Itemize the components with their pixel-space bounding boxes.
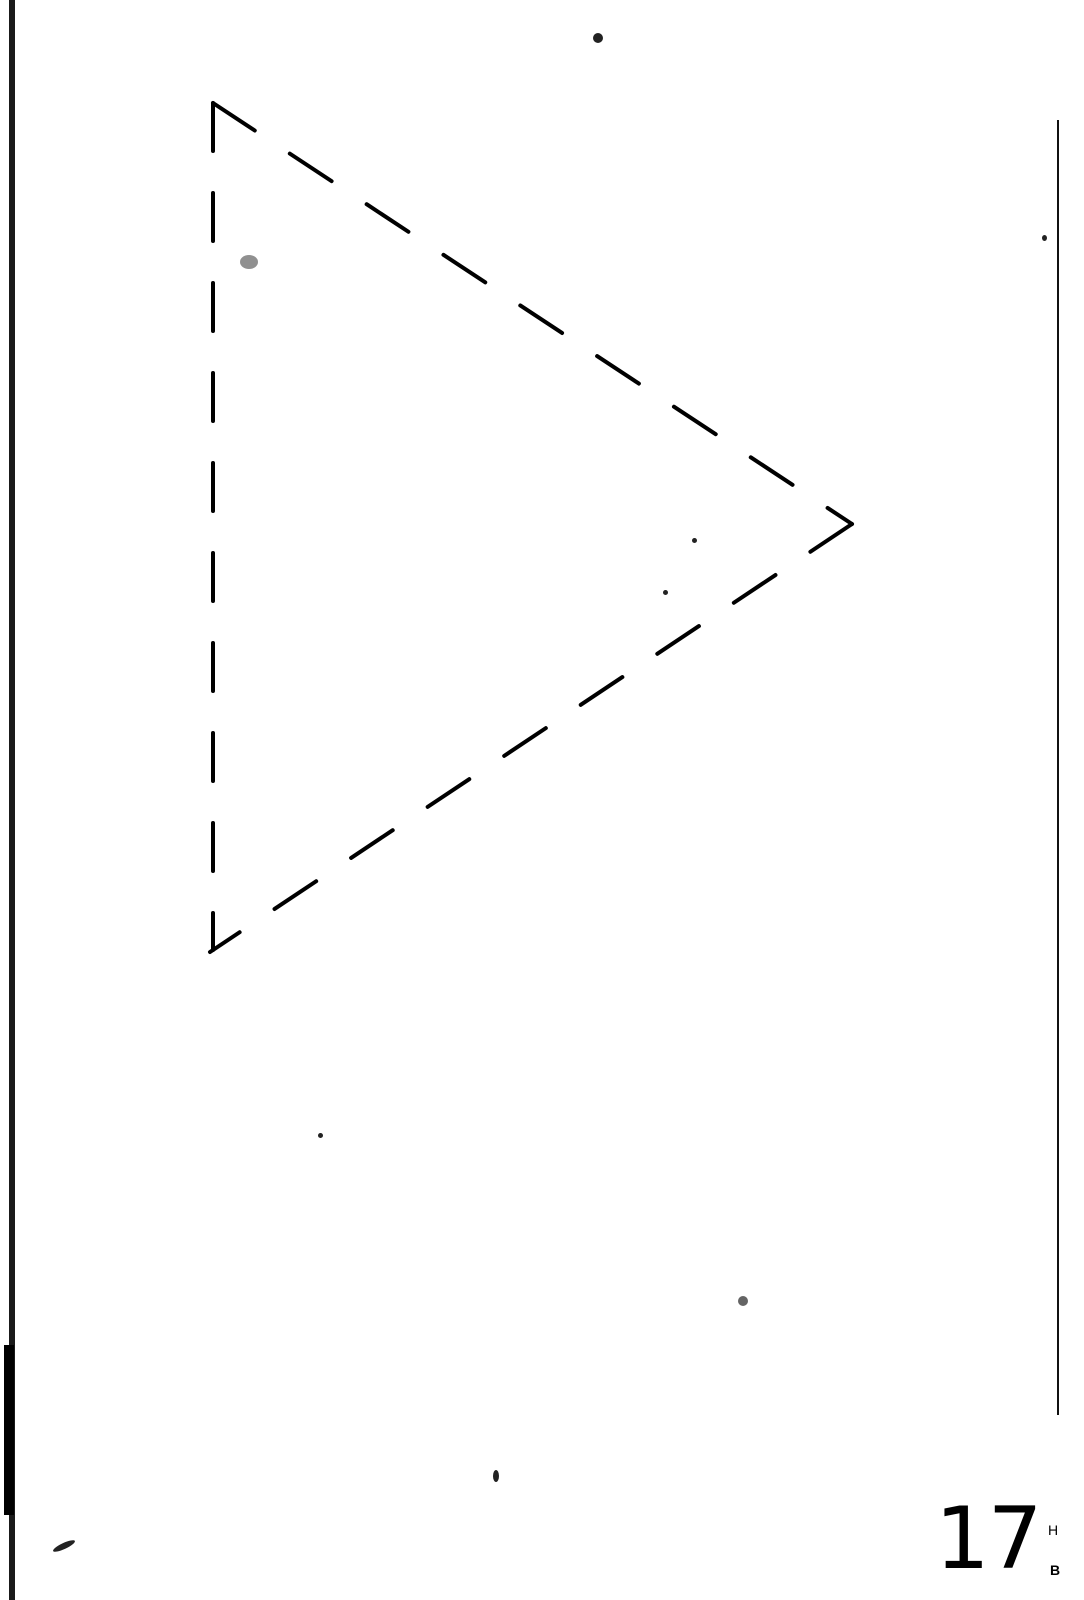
- page-number: 17: [935, 1496, 1040, 1582]
- scan-speck: [1042, 235, 1047, 241]
- scan-speck: [240, 255, 258, 269]
- dashed-triangle-figure: [0, 0, 1084, 1600]
- scan-speck: [593, 33, 603, 43]
- margin-text-bottom: B: [1050, 1562, 1060, 1578]
- scan-speck: [663, 590, 668, 595]
- margin-text-top: H: [1048, 1522, 1058, 1538]
- scan-speck: [493, 1470, 499, 1482]
- triangle-bottom-side: [210, 524, 852, 952]
- scan-speck: [692, 538, 697, 543]
- triangle-top-side: [213, 103, 852, 524]
- scan-speck: [738, 1296, 748, 1306]
- scan-speck: [318, 1133, 323, 1138]
